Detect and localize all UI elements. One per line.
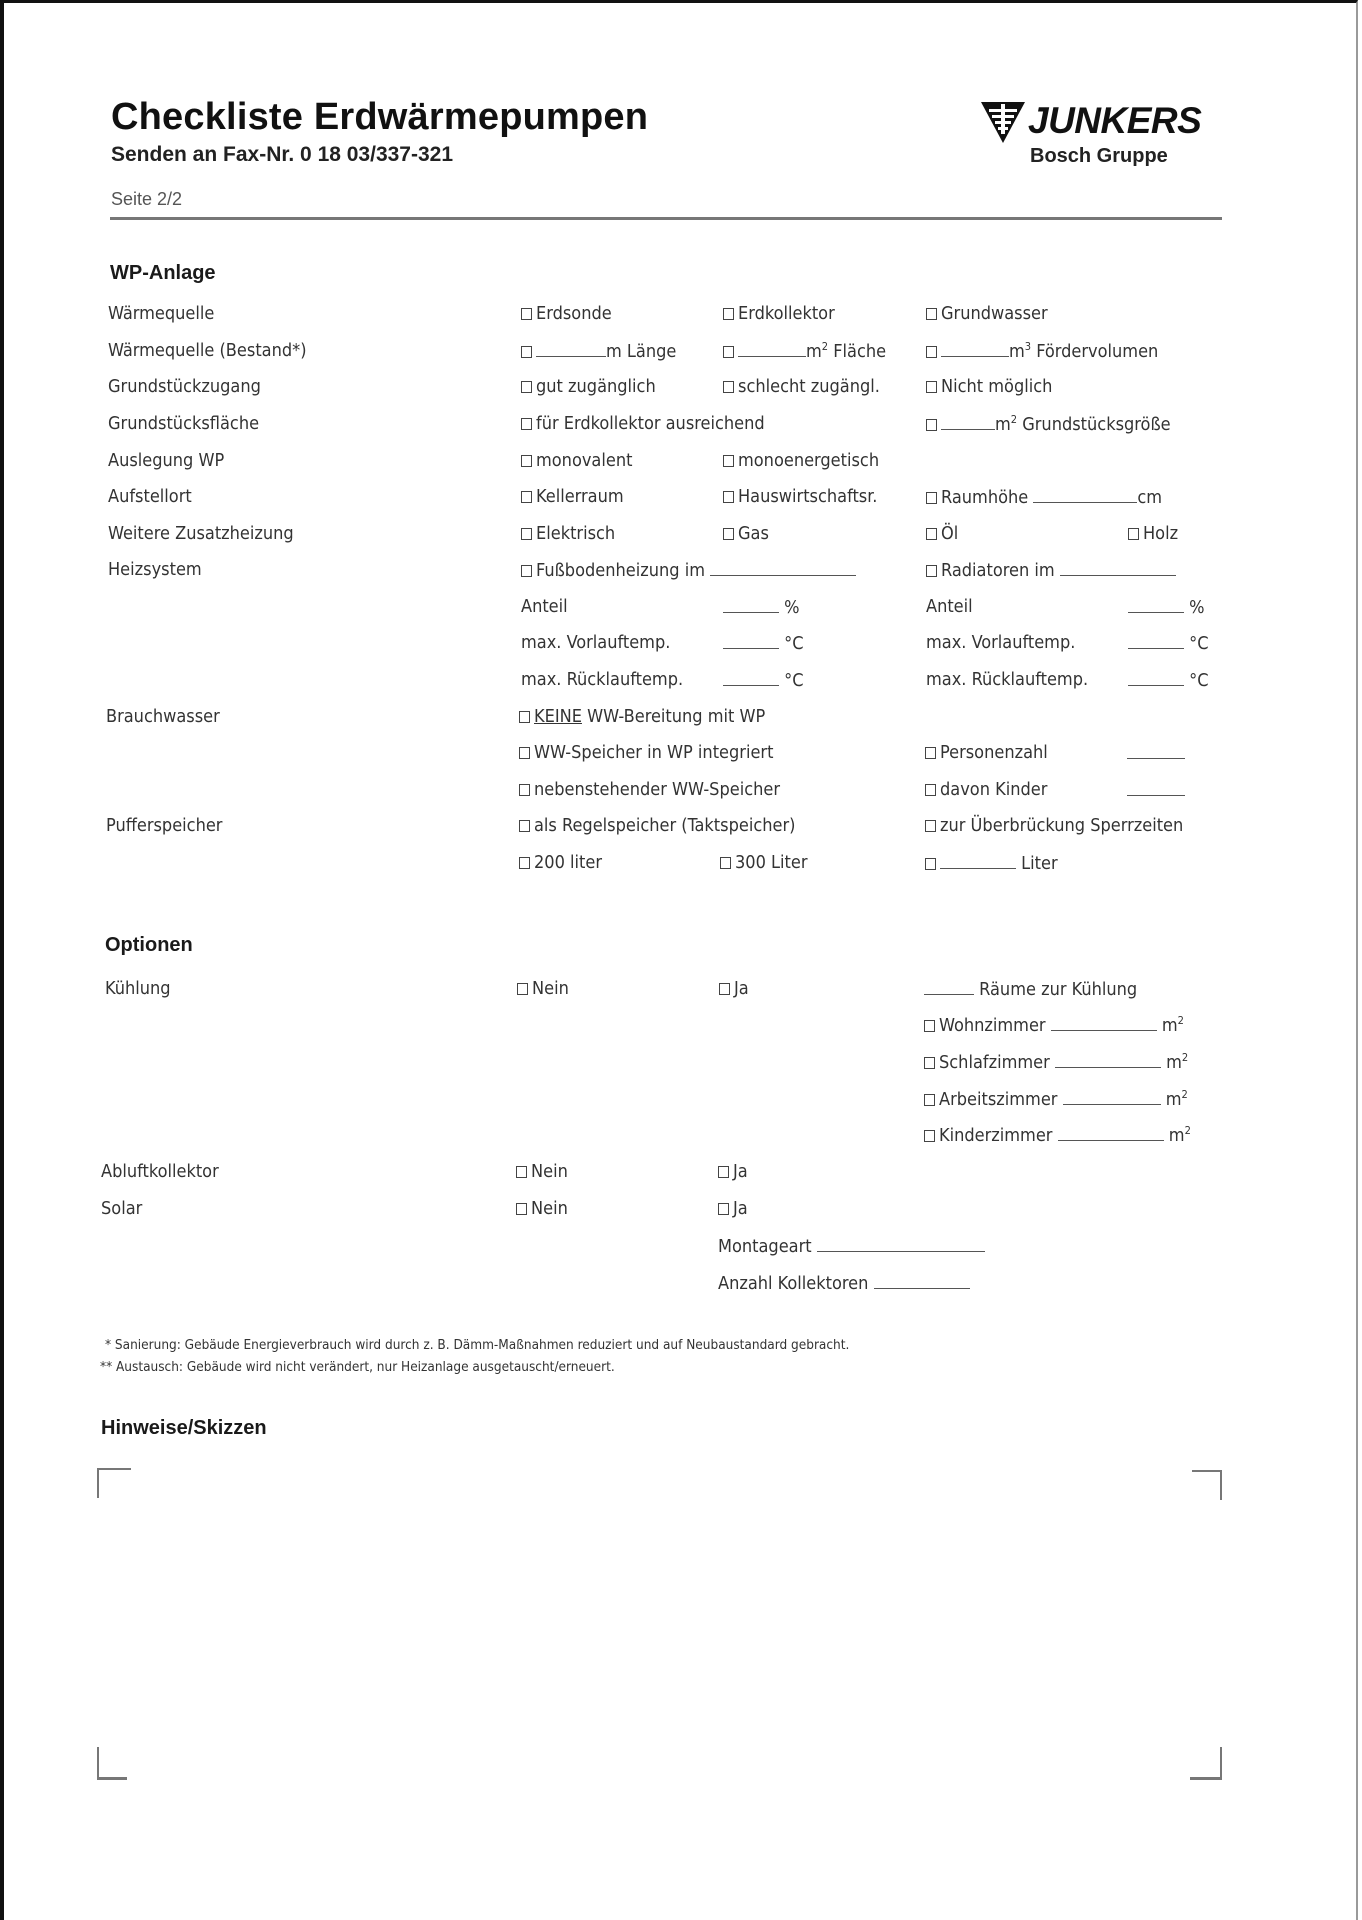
section-hinweise: Hinweise/Skizzen bbox=[101, 1417, 267, 1440]
field-grundstuecksgroesse[interactable]: m2 Grundstücksgröße bbox=[926, 413, 1171, 436]
checkbox-ww-integriert[interactable]: WW-Speicher in WP integriert bbox=[519, 742, 773, 764]
checkbox-icon[interactable] bbox=[516, 1166, 527, 1178]
checkbox-erdkollektor-ausreichend[interactable]: für Erdkollektor ausreichend bbox=[521, 413, 765, 435]
field-arbeitszimmer[interactable]: Arbeitszimmer m2 bbox=[924, 1088, 1188, 1111]
checkbox-icon[interactable] bbox=[723, 308, 734, 320]
checkbox-schlecht-zugaenglich[interactable]: schlecht zugängl. bbox=[723, 376, 880, 398]
checkbox-icon[interactable] bbox=[521, 418, 532, 430]
sketch-area[interactable] bbox=[97, 1468, 1222, 1780]
footnote-austausch: ** Austausch: Gebäude wird nicht verände… bbox=[100, 1359, 615, 1375]
field-schlafzimmer[interactable]: Schlafzimmer m2 bbox=[924, 1051, 1188, 1074]
checkbox-kuehlung-ja[interactable]: Ja bbox=[719, 978, 749, 1000]
label-heizsystem: Heizsystem bbox=[108, 559, 202, 580]
checkbox-icon[interactable] bbox=[521, 381, 532, 393]
corner-mark-top-right bbox=[1192, 1470, 1222, 1500]
checkbox-icon[interactable] bbox=[926, 308, 937, 320]
label-auslegung: Auslegung WP bbox=[108, 450, 224, 471]
label-solar: Solar bbox=[101, 1198, 142, 1219]
blank-line[interactable] bbox=[924, 978, 974, 995]
corner-mark-top-left bbox=[97, 1468, 131, 1498]
blank-line[interactable] bbox=[941, 340, 1009, 357]
blank-line[interactable] bbox=[1127, 779, 1185, 796]
section-wp-anlage: WP-Anlage bbox=[110, 262, 216, 285]
checkbox-icon[interactable] bbox=[519, 820, 530, 832]
blank-line[interactable] bbox=[1058, 1124, 1164, 1141]
checkbox-icon[interactable] bbox=[517, 983, 528, 995]
checkbox-abluft-nein[interactable]: Nein bbox=[516, 1161, 568, 1183]
field-raumhoehe[interactable]: Raumhöhe cm bbox=[926, 486, 1162, 509]
field-wohnzimmer[interactable]: Wohnzimmer m2 bbox=[924, 1014, 1184, 1037]
checkbox-icon[interactable] bbox=[719, 983, 730, 995]
label-zugang: Grundstückzugang bbox=[108, 376, 261, 397]
checkbox-icon[interactable] bbox=[924, 1020, 935, 1032]
checkbox-300-liter[interactable]: 300 Liter bbox=[720, 852, 808, 874]
label-pufferspeicher: Pufferspeicher bbox=[106, 815, 222, 836]
checkbox-icon[interactable] bbox=[516, 1203, 527, 1215]
checkbox-abluft-ja[interactable]: Ja bbox=[718, 1161, 748, 1183]
blank-line[interactable] bbox=[1063, 1088, 1161, 1105]
field-ruecklauf-fbh[interactable]: °C bbox=[723, 669, 804, 692]
checkbox-icon[interactable] bbox=[519, 711, 530, 723]
checkbox-erdsonde[interactable]: Erdsonde bbox=[521, 303, 612, 325]
checkbox-keine-ww[interactable]: KEINE WW-Bereitung mit WP bbox=[519, 706, 765, 728]
checkbox-hauswirtschaftsraum[interactable]: Hauswirtschaftsr. bbox=[723, 486, 877, 508]
field-kinder[interactable] bbox=[1127, 779, 1185, 802]
label-aufstellort: Aufstellort bbox=[108, 486, 192, 507]
checkbox-icon[interactable] bbox=[925, 820, 936, 832]
page-title: Checkliste Erdwärmepumpen bbox=[111, 96, 648, 139]
field-liter-custom[interactable]: Liter bbox=[925, 852, 1058, 875]
checkbox-icon[interactable] bbox=[924, 1057, 935, 1069]
blank-line[interactable] bbox=[723, 596, 779, 613]
field-flaeche[interactable]: m2 Fläche bbox=[723, 340, 886, 363]
checkbox-icon[interactable] bbox=[926, 492, 937, 504]
blank-line[interactable] bbox=[1055, 1051, 1161, 1068]
section-optionen: Optionen bbox=[105, 934, 193, 957]
blank-line[interactable] bbox=[1127, 742, 1185, 759]
field-vorlauf-fbh[interactable]: °C bbox=[723, 632, 804, 655]
label-brauchwasser: Brauchwasser bbox=[106, 706, 220, 727]
label-grundstuecksflaeche: Grundstücksfläche bbox=[108, 413, 259, 434]
blank-line[interactable] bbox=[1033, 486, 1137, 503]
corner-mark-bottom-right bbox=[1190, 1747, 1222, 1780]
checkbox-ww-nebenstehend[interactable]: nebenstehender WW-Speicher bbox=[519, 779, 780, 801]
checkbox-icon[interactable] bbox=[521, 565, 532, 577]
field-foerdervolumen[interactable]: m3 Fördervolumen bbox=[926, 340, 1158, 363]
checkbox-icon[interactable] bbox=[926, 346, 937, 358]
checkbox-icon[interactable] bbox=[720, 857, 731, 869]
checkbox-icon[interactable] bbox=[723, 381, 734, 393]
checkbox-icon[interactable] bbox=[1128, 528, 1139, 540]
checkbox-icon[interactable] bbox=[519, 747, 530, 759]
checkbox-grundwasser[interactable]: Grundwasser bbox=[926, 303, 1048, 325]
checkbox-icon[interactable] bbox=[519, 857, 530, 869]
checkbox-monoenergetisch[interactable]: monoenergetisch bbox=[723, 450, 879, 472]
blank-line[interactable] bbox=[1060, 559, 1176, 576]
blank-line[interactable] bbox=[817, 1235, 985, 1252]
checkbox-icon[interactable] bbox=[924, 1094, 935, 1106]
blank-line[interactable] bbox=[1128, 669, 1184, 686]
field-montageart[interactable]: Montageart bbox=[718, 1235, 985, 1258]
checkbox-icon[interactable] bbox=[521, 528, 532, 540]
checkbox-icon[interactable] bbox=[925, 747, 936, 759]
blank-line[interactable] bbox=[536, 340, 606, 357]
checkbox-elektrisch[interactable]: Elektrisch bbox=[521, 523, 615, 545]
junkers-logo: JUNKERS bbox=[980, 99, 1224, 145]
checkbox-icon[interactable] bbox=[925, 784, 936, 796]
checkbox-kinder[interactable]: davon Kinder bbox=[925, 779, 1047, 801]
label-anteil-fbh: Anteil bbox=[521, 596, 568, 618]
checkbox-icon[interactable] bbox=[926, 419, 937, 431]
checkbox-icon[interactable] bbox=[926, 565, 937, 577]
label-kuehlung: Kühlung bbox=[105, 978, 171, 999]
field-raeume-kuehlung[interactable]: Räume zur Kühlung bbox=[924, 978, 1137, 1001]
footnote-sanierung: * Sanierung: Gebäude Energieverbrauch wi… bbox=[105, 1337, 849, 1353]
label-zusatzheizung: Weitere Zusatzheizung bbox=[108, 523, 294, 544]
checkbox-icon[interactable] bbox=[723, 491, 734, 503]
checkbox-icon[interactable] bbox=[718, 1166, 729, 1178]
checkbox-oel[interactable]: Öl bbox=[926, 523, 958, 545]
checkbox-gut-zugaenglich[interactable]: gut zugänglich bbox=[521, 376, 656, 398]
checkbox-icon[interactable] bbox=[723, 346, 734, 358]
header-divider bbox=[110, 217, 1222, 220]
logo-brand: JUNKERS bbox=[1028, 99, 1201, 143]
field-radiatoren[interactable]: Radiatoren im bbox=[926, 559, 1176, 582]
checkbox-icon[interactable] bbox=[521, 308, 532, 320]
junkers-emblem-icon bbox=[980, 101, 1026, 145]
label-abluftkollektor: Abluftkollektor bbox=[101, 1161, 219, 1182]
checkbox-gas[interactable]: Gas bbox=[723, 523, 769, 545]
checkbox-solar-ja[interactable]: Ja bbox=[718, 1198, 748, 1220]
field-kinderzimmer[interactable]: Kinderzimmer m2 bbox=[924, 1124, 1191, 1147]
checkbox-solar-nein[interactable]: Nein bbox=[516, 1198, 568, 1220]
checkbox-kuehlung-nein[interactable]: Nein bbox=[517, 978, 569, 1000]
checkbox-monovalent[interactable]: monovalent bbox=[521, 450, 632, 472]
checkbox-icon[interactable] bbox=[924, 1130, 935, 1142]
checkbox-icon[interactable] bbox=[723, 455, 734, 467]
label-bestand: Wärmequelle (Bestand*) bbox=[108, 340, 307, 361]
blank-line[interactable] bbox=[940, 852, 1016, 869]
blank-line[interactable] bbox=[738, 340, 806, 357]
checkbox-200-liter[interactable]: 200 liter bbox=[519, 852, 602, 874]
blank-line[interactable] bbox=[723, 632, 779, 649]
blank-line[interactable] bbox=[941, 413, 995, 430]
checkbox-erdkollektor[interactable]: Erdkollektor bbox=[723, 303, 835, 325]
page-number: Seite 2/2 bbox=[111, 189, 182, 210]
checkbox-holz[interactable]: Holz bbox=[1128, 523, 1178, 545]
field-ruecklauf-rad[interactable]: °C bbox=[1128, 669, 1209, 692]
checkbox-icon[interactable] bbox=[521, 346, 532, 358]
blank-line[interactable] bbox=[874, 1272, 970, 1289]
blank-line[interactable] bbox=[1128, 596, 1184, 613]
field-laenge[interactable]: m Länge bbox=[521, 340, 676, 363]
fax-number: Senden an Fax-Nr. 0 18 03/337-321 bbox=[111, 143, 453, 167]
label-ruecklauf-fbh: max. Rücklauftemp. bbox=[521, 669, 683, 691]
blank-line[interactable] bbox=[710, 559, 856, 576]
checkbox-nicht-moeglich[interactable]: Nicht möglich bbox=[926, 376, 1052, 398]
checkbox-icon[interactable] bbox=[723, 528, 734, 540]
blank-line[interactable] bbox=[1051, 1014, 1157, 1031]
logo-group: Bosch Gruppe bbox=[1030, 145, 1168, 168]
label-waermequelle: Wärmequelle bbox=[108, 303, 214, 324]
field-anteil-fbh[interactable]: % bbox=[723, 596, 800, 619]
checkbox-icon[interactable] bbox=[925, 858, 936, 870]
checkbox-kellerraum[interactable]: Kellerraum bbox=[521, 486, 624, 508]
label-anteil-rad: Anteil bbox=[926, 596, 973, 618]
label-ruecklauf-rad: max. Rücklauftemp. bbox=[926, 669, 1088, 691]
checkbox-icon[interactable] bbox=[521, 491, 532, 503]
label-vorlauf-fbh: max. Vorlauftemp. bbox=[521, 632, 670, 654]
blank-line[interactable] bbox=[723, 669, 779, 686]
checkbox-sperrzeiten[interactable]: zur Überbrückung Sperrzeiten bbox=[925, 815, 1183, 837]
checkbox-icon[interactable] bbox=[926, 528, 937, 540]
field-anteil-rad[interactable]: % bbox=[1128, 596, 1205, 619]
checkbox-icon[interactable] bbox=[718, 1203, 729, 1215]
checkbox-regelspeicher[interactable]: als Regelspeicher (Taktspeicher) bbox=[519, 815, 795, 837]
field-vorlauf-rad[interactable]: °C bbox=[1128, 632, 1209, 655]
field-fussbodenheizung[interactable]: Fußbodenheizung im bbox=[521, 559, 856, 582]
checkbox-icon[interactable] bbox=[519, 784, 530, 796]
checkbox-icon[interactable] bbox=[926, 381, 937, 393]
field-anzahl-kollektoren[interactable]: Anzahl Kollektoren bbox=[718, 1272, 970, 1295]
label-vorlauf-rad: max. Vorlauftemp. bbox=[926, 632, 1075, 654]
field-personenzahl[interactable] bbox=[1127, 742, 1185, 765]
checkbox-icon[interactable] bbox=[521, 455, 532, 467]
checkbox-personenzahl[interactable]: Personenzahl bbox=[925, 742, 1048, 764]
corner-mark-bottom-left bbox=[97, 1747, 127, 1780]
blank-line[interactable] bbox=[1128, 632, 1184, 649]
